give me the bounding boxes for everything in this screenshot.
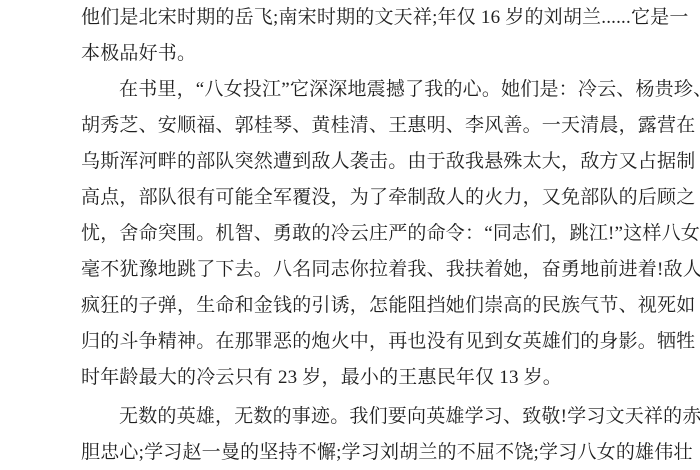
text-line: 胆忠心;学习赵一曼的坚持不懈;学习刘胡兰的不屈不饶;学习八女的雄伟壮 bbox=[81, 435, 621, 470]
text-line: 乌斯浑河畔的部队突然遭到敌人袭击。由于敌我悬殊太大，敌方又占据制 bbox=[81, 144, 621, 180]
text-line: 归的斗争精神。在那罪恶的炮火中，再也没有见到女英雄们的身影。牺牲 bbox=[81, 324, 621, 360]
text-line: 毫不犹豫地跳了下去。八名同志你拉着我、我扶着她，奋勇地前进着!敌人 bbox=[81, 252, 621, 288]
text-line: 无数的英雄，无数的事迹。我们要向英雄学习、致敬!学习文天祥的赤 bbox=[81, 399, 621, 435]
text-line: 疯狂的子弹，生命和金钱的引诱，怎能阻挡她们崇高的民族气节、视死如 bbox=[81, 288, 621, 324]
text-line: 忧，舍命突围。机智、勇敢的冷云庄严的命令：“同志们，跳江!”这样八女 bbox=[81, 216, 621, 252]
text-line: 本极品好书。 bbox=[81, 36, 621, 72]
text-line: 时年龄最大的冷云只有 23 岁，最小的王惠民年仅 13 岁。 bbox=[81, 360, 621, 396]
text-line: 胡秀芝、安顺福、郭桂琴、黄桂清、王惠明、李风善。一天清晨，露营在 bbox=[81, 108, 621, 144]
essay-text-block: 他们是北宋时期的岳飞;南宋时期的文天祥;年仅 16 岁的刘胡兰......它是一… bbox=[81, 0, 621, 470]
text-line: 在书里，“八女投江”它深深地震撼了我的心。她们是：冷云、杨贵珍、 bbox=[81, 72, 621, 108]
document-page: 他们是北宋时期的岳飞;南宋时期的文天祥;年仅 16 岁的刘胡兰......它是一… bbox=[0, 0, 700, 470]
text-line: 高点，部队很有可能全军覆没，为了牵制敌人的火力，又免部队的后顾之 bbox=[81, 180, 621, 216]
text-line: 他们是北宋时期的岳飞;南宋时期的文天祥;年仅 16 岁的刘胡兰......它是一 bbox=[81, 0, 621, 36]
